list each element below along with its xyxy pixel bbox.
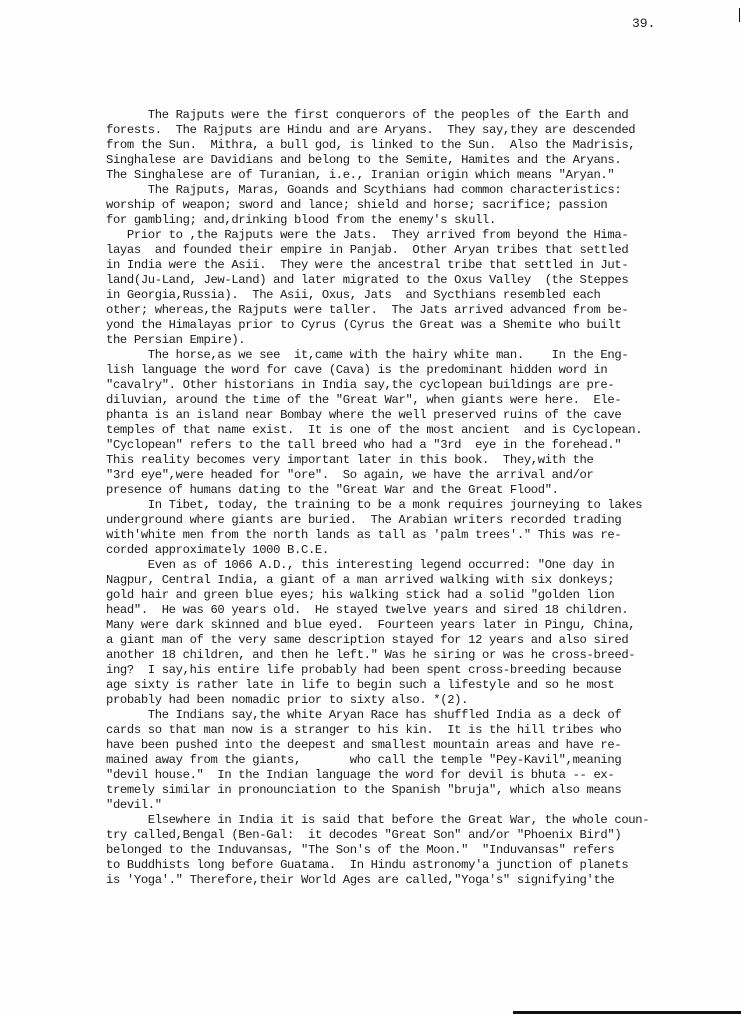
text-line: corded approximately 1000 B.C.E. (106, 543, 666, 558)
text-line: presence of humans dating to the "Great … (106, 483, 666, 498)
text-line: for gambling; and,drinking blood from th… (106, 213, 666, 228)
text-line: probably had been nomadic prior to sixty… (106, 693, 666, 708)
text-line: have been pushed into the deepest and sm… (106, 738, 666, 753)
text-line: The Rajputs, Maras, Goands and Scythians… (106, 183, 666, 198)
text-line: is 'Yoga'." Therefore,their World Ages a… (106, 873, 666, 888)
page-number: 39. (632, 16, 655, 31)
text-line: a giant man of the very same description… (106, 633, 666, 648)
text-line: diluvian, around the time of the "Great … (106, 393, 666, 408)
text-line: belonged to the Induvansas, "The Son's o… (106, 843, 666, 858)
text-line: Elsewhere in India it is said that befor… (106, 813, 666, 828)
text-line: phanta is an island near Bombay where th… (106, 408, 666, 423)
text-line: with'white men from the north lands as t… (106, 528, 666, 543)
text-line: "3rd eye",were headed for "ore". So agai… (106, 468, 666, 483)
text-line: head". He was 60 years old. He stayed tw… (106, 603, 666, 618)
text-line: Even as of 1066 A.D., this interesting l… (106, 558, 666, 573)
text-line: "Cyclopean" refers to the tall breed who… (106, 438, 666, 453)
text-line: underground where giants are buried. The… (106, 513, 666, 528)
text-line: tremely similar in pronounciation to the… (106, 783, 666, 798)
text-line: cards so that man now is a stranger to h… (106, 723, 666, 738)
text-line: worship of weapon; sword and lance; shie… (106, 198, 666, 213)
text-line: age sixty is rather late in life to begi… (106, 678, 666, 693)
text-line: in Georgia,Russia). The Asii, Oxus, Jats… (106, 288, 666, 303)
text-line: Nagpur, Central India, a giant of a man … (106, 573, 666, 588)
text-line: layas and founded their empire in Panjab… (106, 243, 666, 258)
text-line: The horse,as we see it,came with the hai… (106, 348, 666, 363)
text-line: The Rajputs were the first conquerors of… (106, 108, 666, 123)
text-line: lish language the word for cave (Cava) i… (106, 363, 666, 378)
text-line: temples of that name exist. It is one of… (106, 423, 666, 438)
text-line: Many were dark skinned and blue eyed. Fo… (106, 618, 666, 633)
text-line: The Indians say,the white Aryan Race has… (106, 708, 666, 723)
text-line: the Persian Empire). (106, 333, 666, 348)
text-line: "cavalry". Other historians in India say… (106, 378, 666, 393)
text-line: forests. The Rajputs are Hindu and are A… (106, 123, 666, 138)
document-page: 39. The Rajputs were the first conqueror… (0, 0, 741, 1014)
text-line: other; whereas,the Rajputs were taller. … (106, 303, 666, 318)
text-line: "devil house." In the Indian language th… (106, 768, 666, 783)
text-line: in India were the Asii. They were the an… (106, 258, 666, 273)
text-line: try called,Bengal (Ben-Gal: it decodes "… (106, 828, 666, 843)
text-line: In Tibet, today, the training to be a mo… (106, 498, 666, 513)
body-text: The Rajputs were the first conquerors of… (106, 108, 666, 888)
text-line: mained away from the giants, who call th… (106, 753, 666, 768)
text-line: This reality becomes very important late… (106, 453, 666, 468)
scan-edge-mark (739, 8, 740, 22)
text-line: from the Sun. Mithra, a bull god, is lin… (106, 138, 666, 153)
text-line: another 18 children, and then he left." … (106, 648, 666, 663)
text-line: ing? I say,his entire life probably had … (106, 663, 666, 678)
text-line: land(Ju-Land, Jew-Land) and later migrat… (106, 273, 666, 288)
text-line: gold hair and green blue eyes; his walki… (106, 588, 666, 603)
text-line: "devil." (106, 798, 666, 813)
text-line: yond the Himalayas prior to Cyrus (Cyrus… (106, 318, 666, 333)
text-line: Prior to ,the Rajputs were the Jats. The… (106, 228, 666, 243)
text-line: Singhalese are Davidians and belong to t… (106, 153, 666, 168)
text-line: to Buddhists long before Guatama. In Hin… (106, 858, 666, 873)
text-line: The Singhalese are of Turanian, i.e., Ir… (106, 168, 666, 183)
